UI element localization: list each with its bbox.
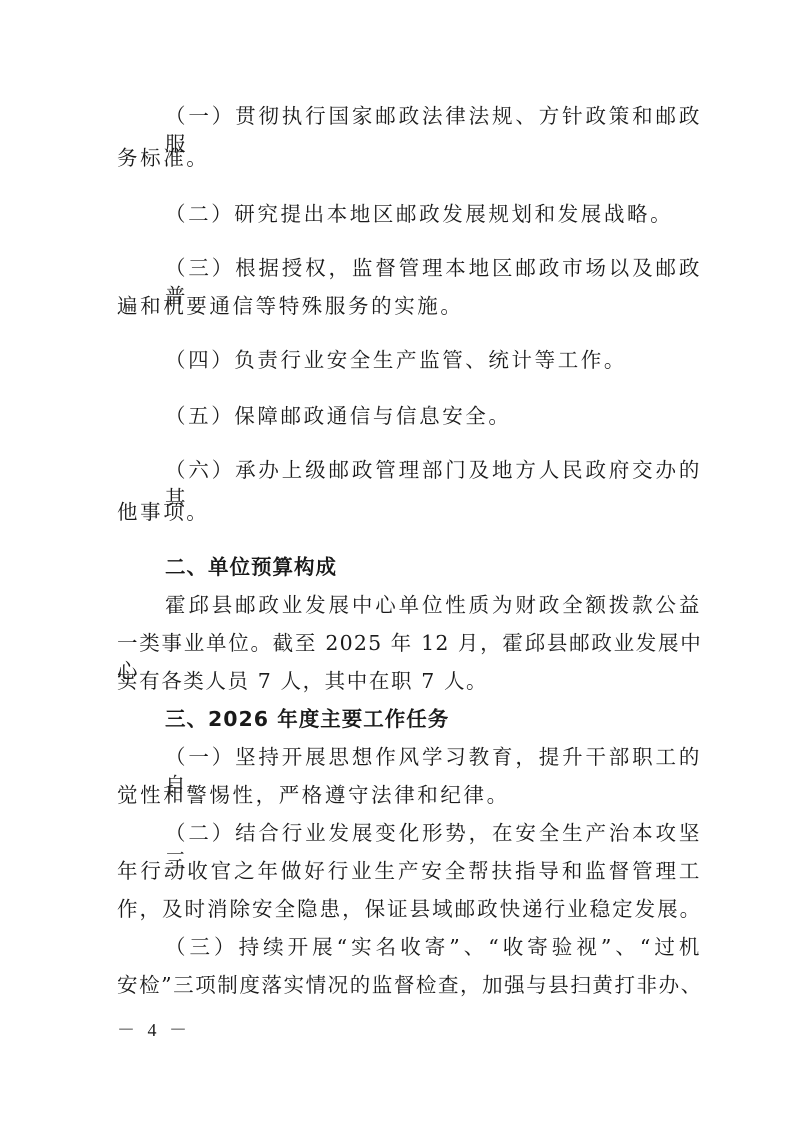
section-heading-2026-tasks: 三、2026 年度主要工作任务	[165, 705, 702, 733]
task-3-line-1: （三）持续开展“实名收寄”、“收寄验视”、“过机	[165, 933, 702, 961]
duty-item-5: （五）保障邮政通信与信息安全。	[165, 402, 702, 430]
duty-item-6-line-2: 他事项。	[117, 498, 702, 526]
section2-paragraph-line-3: 实有各类人员 7 人，其中在职 7 人。	[117, 667, 702, 695]
section2-paragraph-line-1: 霍邱县邮政业发展中心单位性质为财政全额拨款公益	[165, 591, 702, 619]
task-1-line-2: 觉性和警惕性，严格遵守法律和纪律。	[117, 781, 702, 809]
duty-item-3-line-2: 遍和机要通信等特殊服务的实施。	[117, 292, 702, 320]
duty-item-1-line-2: 务标准。	[117, 144, 702, 172]
duty-item-2: （二）研究提出本地区邮政发展规划和发展战略。	[165, 200, 702, 228]
task-3-line-2: 安检”三项制度落实情况的监督检查，加强与县扫黄打非办、	[117, 971, 702, 999]
duty-item-4: （四）负责行业安全生产监管、统计等工作。	[165, 346, 702, 374]
task-2-line-3: 作，及时消除安全隐患，保证县域邮政快递行业稳定发展。	[117, 895, 702, 923]
task-2-line-2: 年行动收官之年做好行业生产安全帮扶指导和监督管理工	[117, 857, 702, 885]
page-number: － 4 －	[117, 1016, 191, 1042]
section-heading-budget-composition: 二、单位预算构成	[165, 553, 702, 581]
